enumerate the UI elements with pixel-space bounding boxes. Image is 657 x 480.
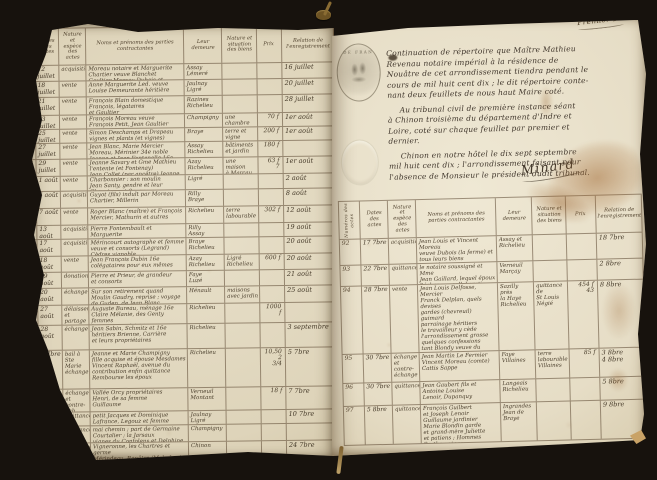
- certification-paragraph: Continuation de répertoire que Maître Ma…: [386, 43, 639, 102]
- cell-nature: acquisition: [61, 239, 88, 255]
- folio-annotation: Premier 14: [562, 11, 638, 32]
- cell-names: François Blain domestique François, léga…: [87, 96, 185, 114]
- cell-biens: [224, 189, 259, 205]
- cell-prix: 18 f: [261, 387, 286, 409]
- cell-date: 19 août: [38, 273, 62, 288]
- cell-prix: [259, 237, 284, 253]
- cell-rel: [283, 140, 335, 156]
- cell-biens: [223, 95, 258, 112]
- cell-names: François Guilbert et Joseph Lenoir Guill…: [421, 403, 502, 443]
- cell-names: Auguste Bureau, ménage 16e Claire Mélani…: [89, 304, 187, 324]
- cell-demeure: Hénault: [187, 287, 225, 303]
- cell-demeure: Richelieu: [188, 349, 226, 387]
- header-names: Noms et prénoms des parties contractante…: [416, 198, 497, 237]
- cell-demeure: Langeais Richelieu: [500, 379, 537, 402]
- header-biens: Nature et situation des biens: [222, 26, 257, 62]
- cell-nature: échange: [62, 288, 89, 304]
- cell-demeure: Assay et Richelieu: [497, 235, 534, 261]
- cell-demeure: Rilly Braye: [186, 190, 224, 206]
- cell-rel: 1er août: [283, 112, 335, 126]
- right-repertoire-table: Numéros des actesDates des actesNature e…: [338, 194, 648, 446]
- cell-date: 5 8bre: [365, 406, 394, 445]
- embossed-seal-ghost: [340, 139, 379, 186]
- cell-date: 27 juillet: [36, 144, 60, 159]
- cell-rel: 2 août: [284, 173, 336, 188]
- cell-biens: terre labourable: [224, 206, 259, 222]
- cell-demeure: Sazilly près la Haye Richelieu: [498, 282, 536, 350]
- table-row: 8628 aoûtéchangeJean Sabin, Schmitz et 1…: [25, 322, 337, 351]
- cell-rel: [287, 423, 339, 440]
- cell-names: François Moreau veuve François Petit, Je…: [87, 114, 185, 128]
- cell-demeure: Assay Lémeré: [184, 64, 222, 79]
- cell-biens: [224, 174, 259, 188]
- cell-nature: quittance: [64, 426, 91, 442]
- certification-text: Continuation de répertoire que Maître Ma…: [386, 43, 641, 187]
- cell-nature: vente: [60, 159, 87, 175]
- cell-date: 12 7bre: [40, 444, 64, 474]
- cell-biens: [226, 387, 261, 409]
- cell-demeure: Champigny: [189, 425, 227, 441]
- cell-nature: vente: [390, 285, 420, 353]
- cell-biens: terre et vigne: [223, 127, 258, 140]
- cell-nature: vente: [62, 256, 89, 271]
- cell-biens: une chambre et jardin: [223, 113, 258, 126]
- cell-names: Jeanne et Marie Champigny fille acquise …: [90, 349, 188, 388]
- cell-nature: acquisition: [389, 238, 418, 264]
- cell-nature: acquisition: [61, 191, 88, 207]
- cell-names: Jean Sabin, Schmitz et 16e héritiers Bri…: [89, 324, 187, 349]
- cell-prix: [262, 424, 287, 440]
- cell-num: 94: [340, 286, 364, 354]
- cell-rel: 2 8bre: [597, 259, 643, 280]
- cell-nature: quittance: [392, 382, 421, 405]
- cell-names: Mérincourt autographe et femme veuve et …: [88, 238, 186, 255]
- cell-names: Anne Marguerite Led. veuve Louise Demeur…: [87, 80, 185, 96]
- cell-rel: 18 7bre: [597, 233, 644, 259]
- cell-biens: [225, 323, 260, 347]
- table-row: 9112 7brequittanceVigneronne, les Chartr…: [27, 440, 339, 475]
- cell-demeure: Richelieu: [187, 324, 225, 348]
- cell-num: 97: [343, 406, 366, 445]
- cell-names: Jean Blanc, Marie Mercier Moreau, Mérini…: [87, 142, 185, 158]
- cell-names: Vigneronne, les Chartres et germe Mérind…: [91, 442, 189, 473]
- cell-names: Moreau notaire et Marguerite Chartier ve…: [86, 64, 184, 80]
- cell-nature: quittance: [64, 443, 91, 473]
- cell-biens: [227, 441, 262, 471]
- cell-prix: [258, 95, 283, 112]
- cell-demeure: Champigny: [185, 114, 223, 127]
- cell-names: le notaire soussigné et Mme Jean Gaillar…: [417, 262, 497, 284]
- header-num: Numéros des actes: [338, 202, 361, 240]
- cell-date: 27 août: [38, 306, 62, 325]
- left-page: Numéros des actesDates des actesNature e…: [18, 20, 334, 464]
- cell-rel: 7 7bre: [286, 386, 338, 409]
- cell-demeure: Rilly Assay: [186, 224, 224, 237]
- cell-names: Jean Gaubert fils et Antoine Louise Leno…: [420, 380, 501, 404]
- cell-nature: vente: [61, 208, 88, 224]
- cell-biens: [225, 303, 260, 322]
- cell-rel: 12 août: [284, 205, 336, 222]
- table-row: 9428 7breventeJean Louis Delfosse, Merci…: [340, 280, 646, 355]
- cell-rel: 20 juillet: [282, 78, 334, 94]
- cell-demeure: Azay Richelieu: [187, 255, 225, 270]
- cell-rel: [285, 302, 337, 322]
- photo-background: Numéros des actesDates des actesNature e…: [0, 0, 657, 480]
- cell-date: 10 7bre: [40, 427, 64, 443]
- cell-prix: 200 f: [258, 127, 283, 140]
- cell-prix: [257, 79, 282, 94]
- cell-demeure: Faye Luzé: [187, 271, 225, 286]
- cell-names: Pierre et Prieur, de grandeur et consort…: [89, 271, 187, 287]
- cell-demeure: Ligré: [186, 175, 224, 189]
- cell-biens: bâtiments et jardin: [223, 141, 258, 156]
- cell-biens: [227, 410, 262, 423]
- cell-biens: [222, 63, 257, 78]
- cell-nature: échange et contre-échange: [392, 353, 421, 382]
- header-demeure: Leur demeure: [184, 27, 222, 63]
- cell-rel: 19 août: [284, 222, 336, 236]
- cell-demeure: Verneuil Montant: [188, 388, 226, 410]
- cell-biens: quittance de St Louis Négié: [534, 281, 570, 349]
- cell-names: petit Jacques et Dominique Lafrance, Leg…: [91, 411, 189, 425]
- cell-demeure: Faye Villaines: [500, 350, 537, 379]
- cell-num: 95: [342, 354, 365, 383]
- header-names: Noms et prénoms des parties contractante…: [86, 27, 184, 64]
- cell-prix: [262, 410, 287, 423]
- cell-biens: [536, 378, 571, 401]
- cell-nature: vente: [60, 97, 87, 114]
- cell-biens: [224, 223, 259, 236]
- cell-nature: quittance: [393, 405, 422, 444]
- header-demeure: Leur demeure: [496, 197, 533, 235]
- cell-nature: vente: [60, 81, 87, 96]
- cell-names: Pierre Fontembault et Marguerite Françoi…: [88, 224, 186, 238]
- cell-demeure: Verneuil Marçay: [497, 261, 533, 282]
- cell-biens: [227, 424, 262, 440]
- cell-prix: 1000 f: [260, 303, 285, 322]
- cell-num: 93: [339, 265, 361, 286]
- header-prix: Prix: [566, 196, 597, 234]
- cell-rel: 25 août: [285, 285, 337, 302]
- cell-rel: 1er août: [283, 156, 335, 173]
- cell-date: 7 7bre: [39, 390, 63, 412]
- cell-date: 28 7bre: [362, 286, 392, 354]
- cell-nature: acquisition: [61, 225, 88, 238]
- cell-date: 30 7bre: [364, 383, 393, 406]
- cell-rel: 20 août: [285, 253, 337, 269]
- cell-rel: 5 8bre: [600, 377, 647, 400]
- cell-names: mai chemin ; part de Germaine Courtalier…: [91, 425, 189, 442]
- notarial-seal-stamp: DE FRAN: [336, 43, 381, 102]
- foxing-spots: [18, 20, 20, 22]
- cell-demeure: Razines Richelieu: [185, 96, 223, 113]
- cell-nature: acquisition: [59, 65, 86, 80]
- cell-num: 91: [27, 444, 40, 474]
- cell-nature: vente: [60, 129, 87, 142]
- cell-names: Simon Deschamps et Drapeau vignes et pla…: [87, 128, 185, 142]
- cell-date: 1 août: [37, 177, 61, 191]
- cell-demeure: Chinon: [189, 442, 227, 472]
- cell-nature: bail à Ste Marie échange: [63, 350, 90, 388]
- cell-biens: [533, 234, 568, 260]
- header-biens: Nature et situation des biens: [532, 196, 567, 234]
- seal-figures-icon: [347, 57, 370, 84]
- table-row: 872 7brebail à Ste Marie échangeJeanne e…: [26, 347, 338, 390]
- cell-names: Jean Louis Delfosse, Mercier Franck Delp…: [418, 283, 500, 352]
- cell-prix: 454 f 43: [568, 281, 600, 349]
- cell-nature: vente: [60, 115, 87, 128]
- cell-prix: [259, 174, 284, 188]
- header-nature: Nature et espèce des actes: [388, 200, 417, 238]
- cell-demeure: Jaulnay Ligré: [189, 411, 227, 424]
- cell-date: 20 août: [38, 289, 62, 305]
- cell-prix: 10,50 2 3/4: [261, 348, 286, 386]
- header-rel: Relation de l'enregistrement: [596, 195, 643, 233]
- cell-date: 29 juillet: [36, 160, 60, 176]
- right-page: Premier 14 DE FRAN Continuation de réper…: [328, 14, 648, 458]
- cell-nature: délaissement et partage: [62, 305, 89, 324]
- cell-date: 22 7bre: [361, 265, 389, 286]
- cell-biens: [225, 270, 260, 285]
- table-header-row: Numéros des actesDates des actesNature e…: [22, 25, 334, 66]
- cell-demeure: Azay Richelieu: [185, 158, 223, 174]
- cell-date: 2 7bre: [39, 351, 63, 389]
- cell-prix: [260, 270, 285, 285]
- cell-demeure: Richelieu: [187, 304, 225, 323]
- cell-prix: [259, 189, 284, 205]
- cell-prix: [570, 378, 601, 401]
- cell-names: Vallée Orcy propriétaires Henri, de sa f…: [90, 388, 188, 411]
- left-page-content: Numéros des actesDates des actesNature e…: [18, 16, 339, 464]
- cell-date: 17 août: [37, 240, 61, 256]
- cell-nature: vente: [60, 143, 87, 158]
- cell-rel: 16 juillet: [282, 62, 334, 78]
- cell-names: Charbonnier : son moulin Jean Santy, gen…: [88, 175, 186, 190]
- cell-nature: quittance: [64, 412, 91, 425]
- cell-prix: [567, 260, 597, 281]
- cell-num: 96: [342, 383, 365, 406]
- cell-biens: [226, 348, 261, 386]
- cell-prix: [567, 234, 598, 260]
- cell-rel: 5 7bre: [286, 347, 338, 386]
- cell-rel: 8 8bre: [598, 280, 646, 348]
- cell-rel: 3 8bre 4 8bre: [600, 348, 647, 377]
- cell-date: 25 juillet: [36, 130, 60, 143]
- cell-rel: 8 août: [284, 188, 336, 205]
- cell-num: 92: [339, 240, 362, 266]
- cell-demeure: Braye Richelieu: [186, 238, 224, 254]
- cell-biens: [537, 401, 572, 440]
- cell-biens: une maison à Marçay: [223, 157, 258, 173]
- left-repertoire-table: Numéros des actesDates des actesNature e…: [22, 24, 339, 475]
- cell-rel: 20 août: [284, 236, 336, 253]
- cell-nature: échange et contre-éch.: [63, 389, 90, 411]
- seal-text: DE FRAN: [343, 49, 373, 55]
- cell-names: Jeanne Savary et Gme Mathieu l'entente (…: [87, 158, 185, 175]
- cell-prix: 180 f: [258, 141, 283, 156]
- cell-date: 17 7bre: [361, 239, 390, 265]
- cell-rel: 21 août: [285, 269, 337, 285]
- cell-prix: 63 f 7: [258, 157, 283, 173]
- cell-rel: 1er août: [283, 126, 335, 140]
- cell-biens: terre labourable Villaines: [536, 349, 571, 378]
- header-date: Dates des actes: [360, 201, 389, 239]
- cell-names: Jean Martin Le Fermier Vincent Moreau (c…: [420, 351, 501, 381]
- cell-prix: [260, 286, 285, 302]
- cell-names: Jean Louis et Vincent Moreau veuve Duboi…: [417, 236, 498, 263]
- header-nature: Nature et espèce des actes: [59, 28, 86, 64]
- cell-prix: 600 f: [260, 254, 285, 269]
- cell-nature: donation: [62, 272, 89, 287]
- cell-names: Roger Blanc (maître) et François Mercier…: [88, 207, 186, 224]
- cell-biens: [224, 237, 259, 253]
- certification-paragraph: Chinon en notre hôtel le dix sept septem…: [389, 145, 642, 183]
- cell-biens: maisons avec jardin: [225, 286, 260, 302]
- table-row: 975 8brequittanceFrançois Guilbert et Jo…: [343, 400, 648, 446]
- cell-prix: 70 f: [258, 113, 283, 126]
- cell-demeure: Assay Richelieu: [185, 142, 223, 157]
- cell-rel: 28 juillet: [283, 94, 335, 112]
- right-page-content: Premier 14 DE FRAN Continuation de réper…: [327, 6, 657, 458]
- cell-demeure: Jaulnay Ligré: [185, 80, 223, 95]
- cell-names: Jean François Dubin 16e colégataires pou…: [89, 255, 187, 271]
- cell-prix: [260, 323, 285, 347]
- cell-prix: [262, 441, 287, 471]
- cell-rel: 10 7bre: [287, 409, 339, 423]
- cell-date: 10 7bre: [40, 413, 64, 426]
- cell-nature: vente: [61, 176, 88, 190]
- cell-names: Sur son retirement quand Moulin Gaudry, …: [89, 287, 187, 304]
- cell-demeure: Braye: [185, 128, 223, 141]
- cell-demeure: Ingrandes Jean de Braye: [501, 402, 538, 441]
- cell-demeure: Richelieu: [186, 207, 224, 223]
- cell-biens: Ligré Richelieu: [225, 254, 260, 269]
- cell-date: 18 juillet: [36, 82, 60, 97]
- cell-rel: 24 7bre: [287, 440, 339, 471]
- cell-date: 28 août: [38, 326, 62, 350]
- cell-nature: quittance: [389, 264, 417, 285]
- cell-prix: 302 f: [259, 206, 284, 222]
- cell-prix: 85 f: [570, 349, 601, 378]
- cell-date: 30 7bre: [364, 354, 393, 383]
- cell-biens: [533, 260, 567, 281]
- cell-names: Guyot (fils) indult par Moreau Chartier,…: [88, 190, 186, 207]
- binding-thread-knot: [308, 0, 342, 32]
- certification-paragraph: Au tribunal civil de première instance s…: [388, 99, 641, 147]
- cell-prix: [571, 401, 602, 440]
- cell-rel: 3 septembre: [285, 322, 337, 347]
- cell-prix: [257, 63, 282, 78]
- cell-nature: échange: [62, 325, 89, 349]
- cell-date: 7 août: [37, 209, 61, 225]
- header-prix: Prix: [257, 26, 282, 62]
- cell-biens: [222, 79, 257, 94]
- cell-date: 13 août: [37, 226, 61, 239]
- cell-prix: [259, 223, 284, 236]
